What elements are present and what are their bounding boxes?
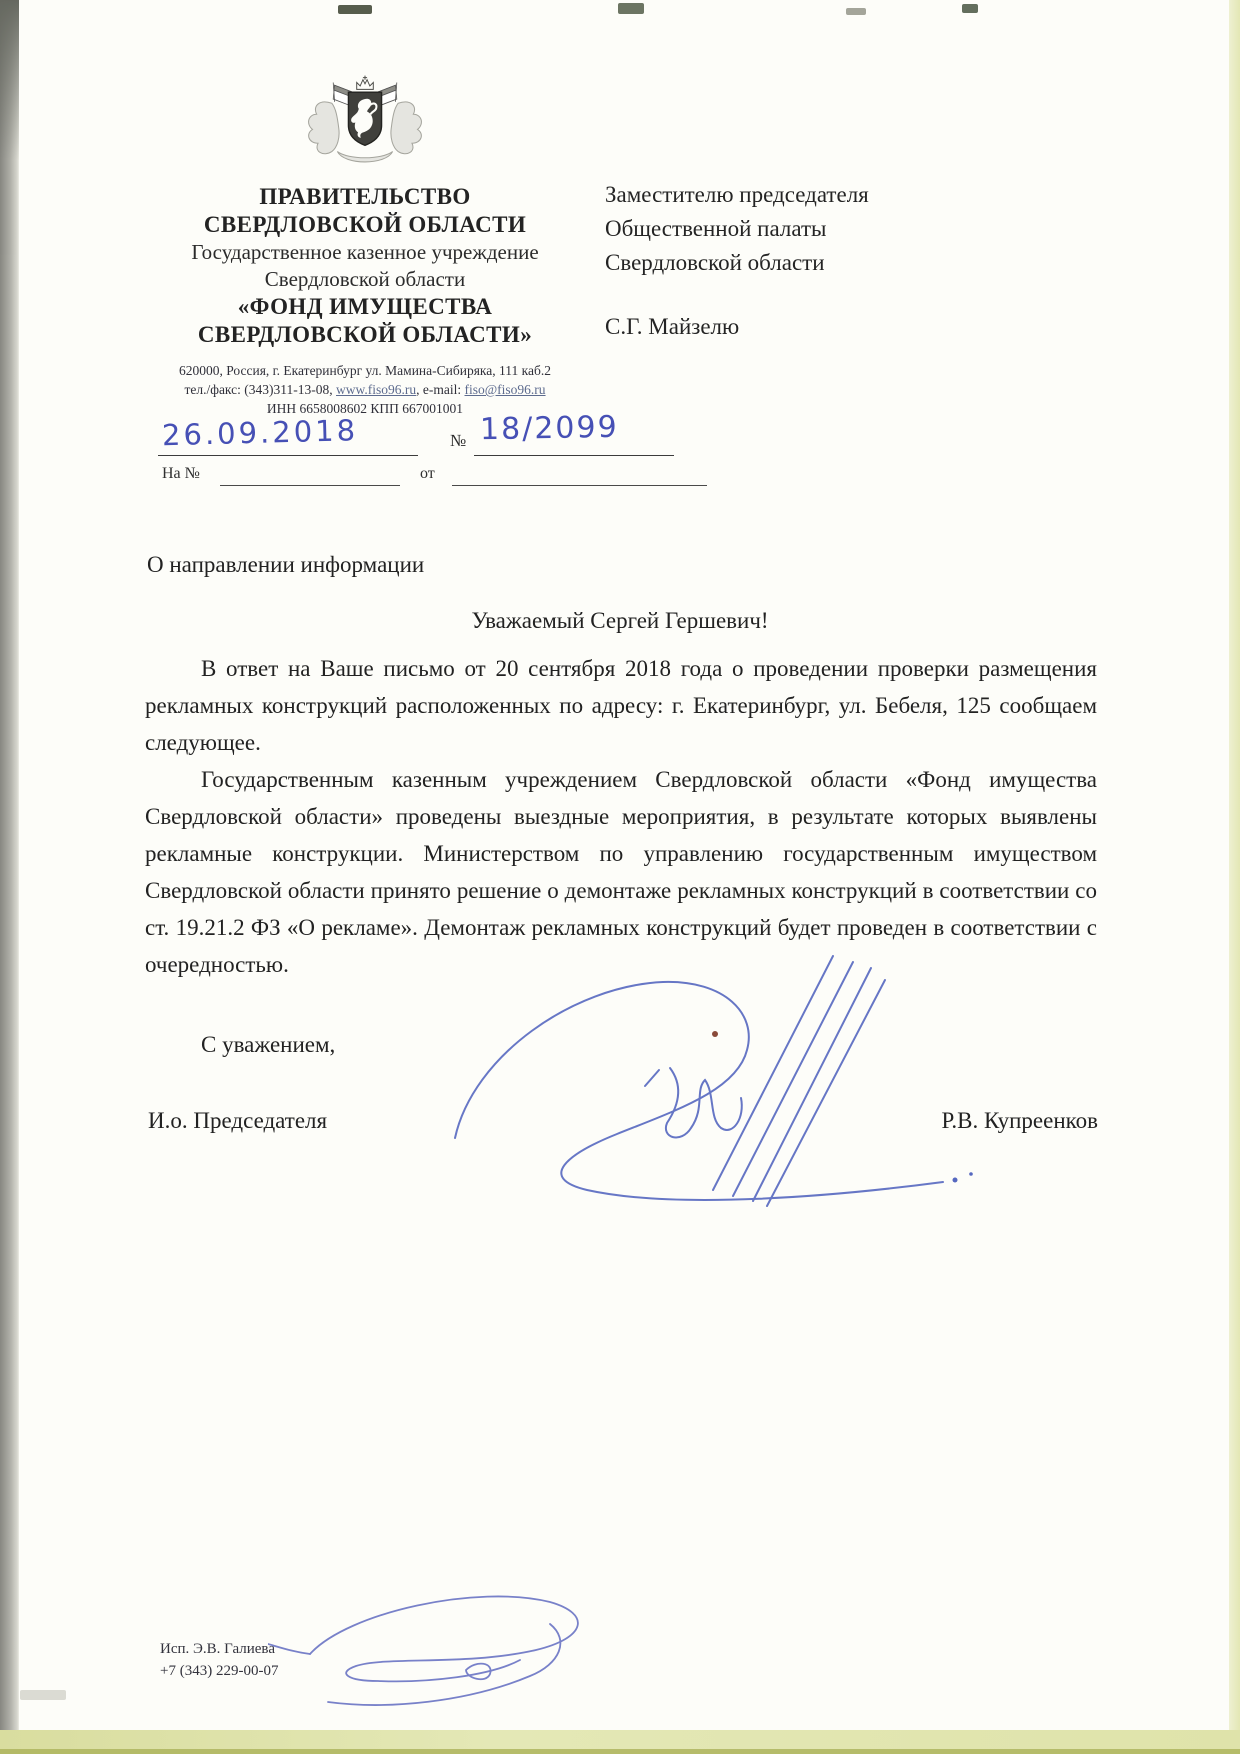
org-fund-line1: «ФОНД ИМУЩЕСТВА: [150, 293, 580, 321]
org-address: 620000, Россия, г. Екатеринбург ул. Мами…: [150, 361, 580, 380]
addressee-line1: Заместителю председателя: [605, 178, 1085, 212]
scan-right-edge-band: [1229, 0, 1240, 1754]
coat-of-arms-icon: [289, 74, 441, 178]
signer-position: И.о. Председателя: [148, 1108, 327, 1134]
handwritten-signature: [415, 938, 975, 1233]
ink-dot: [712, 1031, 718, 1037]
salutation: Уважаемый Сергей Гершевич!: [145, 608, 1095, 634]
scanned-letter-page: ПРАВИТЕЛЬСТВО СВЕРДЛОВСКОЙ ОБЛАСТИ Госуд…: [0, 0, 1240, 1754]
letter-body: В ответ на Ваше письмо от 20 сентября 20…: [145, 650, 1097, 983]
executor-name: Исп. Э.В. Галиева: [160, 1638, 278, 1660]
email-label: , e-mail:: [416, 382, 464, 397]
from-underline: [452, 485, 707, 486]
org-fund-line2: СВЕРДЛОВСКОЙ ОБЛАСТИ»: [150, 321, 580, 349]
on-number-underline: [220, 485, 400, 486]
number-underline: [474, 455, 674, 456]
handwritten-number: 18/2099: [480, 410, 619, 447]
scan-artifact-mark: [338, 5, 372, 14]
addressee-name: С.Г. Майзелю: [605, 310, 1085, 344]
executor-scribble: [268, 1580, 598, 1720]
org-name-line2: СВЕРДЛОВСКОЙ ОБЛАСТИ: [150, 211, 580, 239]
from-label: от: [420, 465, 435, 483]
addressee-block: Заместителю председателя Общественной па…: [605, 178, 1085, 344]
scan-artifact-mark: [962, 4, 978, 13]
org-type-line1: Государственное казенное учреждение: [150, 239, 580, 266]
reply-reference-row: На № от: [162, 463, 722, 493]
org-type-line2: Свердловской области: [150, 266, 580, 293]
on-number-label: На №: [162, 465, 200, 483]
letterhead: ПРАВИТЕЛЬСТВО СВЕРДЛОВСКОЙ ОБЛАСТИ Госуд…: [150, 74, 580, 418]
scan-artifact-mark: [846, 8, 866, 15]
letterhead-contacts: 620000, Россия, г. Екатеринбург ул. Мами…: [150, 361, 580, 418]
addressee-line2: Общественной палаты: [605, 212, 1085, 246]
email-link: fiso@fiso96.ru: [465, 382, 546, 397]
scan-artifact-mark: [618, 3, 644, 14]
handwritten-date: 26.09.2018: [162, 412, 413, 453]
phone-fax-label: тел./факс: (343)311-13-08,: [184, 382, 336, 397]
scan-left-edge-band: [0, 0, 19, 1754]
website-link: www.fiso96.ru: [336, 382, 416, 397]
date-underline: [158, 455, 418, 456]
executor-block: Исп. Э.В. Галиева +7 (343) 229-00-07: [160, 1638, 278, 1682]
executor-phone: +7 (343) 229-00-07: [160, 1660, 278, 1682]
scan-artifact-mark: [20, 1690, 66, 1700]
number-sign-label: №: [450, 431, 466, 451]
reference-row: 26.09.2018 № 18/2099: [162, 415, 682, 461]
scan-bottom-edge-line: [0, 1749, 1240, 1754]
org-contact-line: тел./факс: (343)311-13-08, www.fiso96.ru…: [150, 380, 580, 399]
closing-phrase: С уважением,: [201, 1032, 335, 1058]
body-paragraph-1: В ответ на Ваше письмо от 20 сентября 20…: [145, 650, 1097, 761]
subject-line: О направлении информации: [147, 552, 424, 578]
addressee-line3: Свердловской области: [605, 246, 1085, 280]
org-name-line1: ПРАВИТЕЛЬСТВО: [150, 183, 580, 211]
